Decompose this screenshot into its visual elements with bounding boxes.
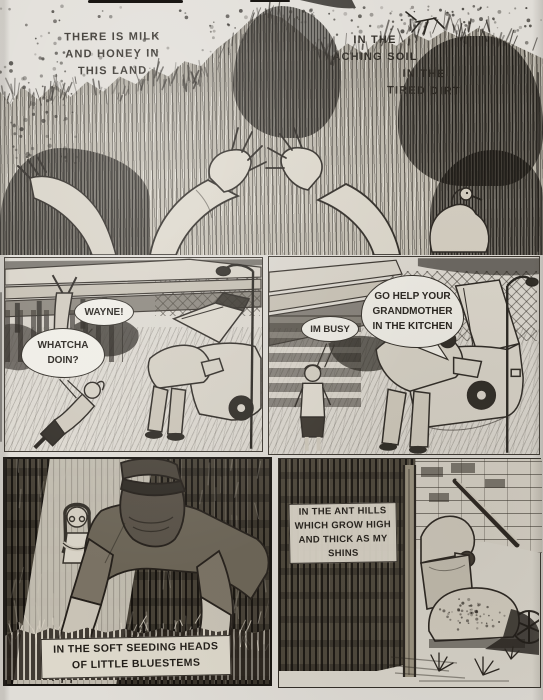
caption-milk-honey: THERE IS MILK AND HONEY IN THIS LAND <box>40 28 186 81</box>
comic-page: THERE IS MILK AND HONEY IN THIS LAND IN … <box>0 0 543 700</box>
panel-anthills: IN THE ANT HILLS WHICH GROW HIGH AND THI… <box>278 458 541 688</box>
caption-box-bluestems: IN THE SOFT SEEDING HEADS OF LITTLE BLUE… <box>41 635 232 679</box>
caption-box-anthills: IN THE ANT HILLS WHICH GROW HIGH AND THI… <box>288 502 397 564</box>
panel-bluestems: IN THE SOFT SEEDING HEADS OF LITTLE BLUE… <box>3 457 272 686</box>
giant-arm-right <box>266 128 400 255</box>
anthill-drawing <box>279 459 539 686</box>
giant-arm-far-left <box>18 158 116 255</box>
dark-bricks <box>421 463 505 502</box>
under-shadow <box>429 639 525 648</box>
top-edge-scribble <box>300 0 356 8</box>
wood-post <box>404 465 415 677</box>
speech-bubble-im-busy: IM BUSY <box>301 316 359 342</box>
left-edge-mark <box>0 292 2 442</box>
speech-bubble-whatcha-doin: WHATCHA DOIN? <box>21 328 105 378</box>
speech-bubble-wayne: WAYNE! <box>74 298 134 326</box>
giant-arm-left <box>150 128 266 255</box>
caption-tired-dirt: IN THE TIRED DIRT <box>376 65 472 100</box>
bird-figure <box>430 188 489 252</box>
kid-standing <box>295 365 331 451</box>
panel-prairie: THERE IS MILK AND HONEY IN THIS LAND IN … <box>0 0 543 255</box>
top-edge-mark <box>88 0 183 3</box>
top-edge-mark <box>250 0 290 2</box>
right-edge-mark <box>537 72 539 252</box>
caption-aching-soil: IN THE ACHING SOIL <box>320 32 430 66</box>
kid-crouching <box>35 381 104 447</box>
